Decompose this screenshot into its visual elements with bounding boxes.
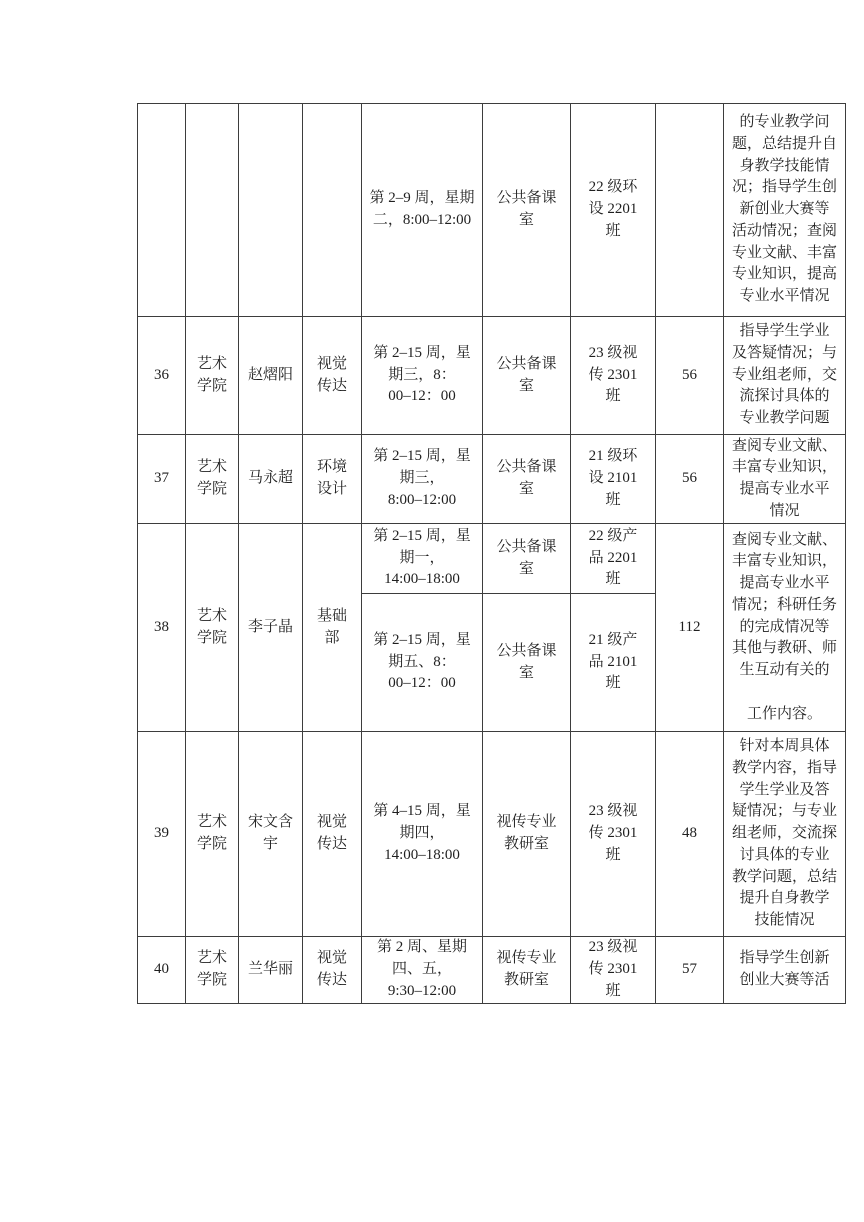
cell-notes: 指导学生创新 创业大赛等活 [724, 937, 846, 1004]
cell-class: 22 级环 设 2201 班 [571, 104, 656, 317]
cell-time: 第 2 周、星期 四、五， 9:30–12:00 [362, 937, 483, 1004]
cell-time: 第 2–15 周，星 期三， 8:00–12:00 [362, 435, 483, 524]
cell-notes: 指导学生学业 及答疑情况；与 专业组老师，交 流探讨具体的 专业教学问题 [724, 317, 846, 435]
table-row-38-sub-1: 38 艺术 学院 李子晶 基础 部 第 2–15 周，星 期一， 14:00–1… [138, 524, 846, 594]
cell-location: 公共备课 室 [483, 317, 571, 435]
table-row-continuation: 第 2–9 周，星期 二，8:00–12:00 公共备课 室 22 级环 设 2… [138, 104, 846, 317]
cell-class: 23 级视 传 2301 班 [571, 317, 656, 435]
table-row-40: 40 艺术 学院 兰华丽 视觉 传达 第 2 周、星期 四、五， 9:30–12… [138, 937, 846, 1004]
cell-time: 第 2–9 周，星期 二，8:00–12:00 [362, 104, 483, 317]
cell-college: 艺术 学院 [186, 937, 239, 1004]
cell-college: 艺术 学院 [186, 435, 239, 524]
cell-teacher-name: 李子晶 [239, 524, 303, 732]
cell-location: 公共备课 室 [483, 524, 571, 594]
cell-class: 23 级视 传 2301 班 [571, 937, 656, 1004]
cell-hours: 56 [656, 317, 724, 435]
cell-notes: 查阅专业文献、 丰富专业知识， 提高专业水平 情况 [724, 435, 846, 524]
cell-notes: 查阅专业文献、 丰富专业知识， 提高专业水平 情况；科研任务 的完成情况等 其他… [724, 524, 846, 732]
cell-time: 第 2–15 周，星 期五、8： 00–12：00 [362, 594, 483, 732]
cell-time: 第 2–15 周，星 期一， 14:00–18:00 [362, 524, 483, 594]
cell-notes: 的专业教学问 题，总结提升自 身教学技能情 况；指导学生创 新创业大赛等 活动情… [724, 104, 846, 317]
cell-location: 公共备课 室 [483, 104, 571, 317]
cell-class: 21 级产 品 2101 班 [571, 594, 656, 732]
cell-location: 视传专业 教研室 [483, 937, 571, 1004]
cell-notes: 针对本周具体 教学内容，指导 学生学业及答 疑情况；与专业 组老师，交流探 讨具… [724, 732, 846, 937]
cell-major: 视觉 传达 [303, 937, 362, 1004]
cell-class: 21 级环 设 2101 班 [571, 435, 656, 524]
cell-index: 37 [138, 435, 186, 524]
cell-college: 艺术 学院 [186, 524, 239, 732]
cell-major: 视觉 传达 [303, 732, 362, 937]
table-row-37: 37 艺术 学院 马永超 环境 设计 第 2–15 周，星 期三， 8:00–1… [138, 435, 846, 524]
cell-hours: 57 [656, 937, 724, 1004]
cell-location: 公共备课 室 [483, 594, 571, 732]
document-page: 第 2–9 周，星期 二，8:00–12:00 公共备课 室 22 级环 设 2… [0, 0, 864, 1222]
cell-index [138, 104, 186, 317]
cell-teacher-name: 兰华丽 [239, 937, 303, 1004]
cell-time: 第 4–15 周，星 期四， 14:00–18:00 [362, 732, 483, 937]
cell-teacher-name: 赵熠阳 [239, 317, 303, 435]
cell-college [186, 104, 239, 317]
cell-college: 艺术 学院 [186, 317, 239, 435]
cell-hours: 56 [656, 435, 724, 524]
cell-hours: 48 [656, 732, 724, 937]
cell-college: 艺术 学院 [186, 732, 239, 937]
cell-major [303, 104, 362, 317]
cell-location: 视传专业 教研室 [483, 732, 571, 937]
table-row-39: 39 艺术 学院 宋文含 宇 视觉 传达 第 4–15 周，星 期四， 14:0… [138, 732, 846, 937]
cell-index: 38 [138, 524, 186, 732]
cell-major: 环境 设计 [303, 435, 362, 524]
cell-teacher-name [239, 104, 303, 317]
cell-teacher-name: 马永超 [239, 435, 303, 524]
cell-hours [656, 104, 724, 317]
cell-major: 基础 部 [303, 524, 362, 732]
cell-time: 第 2–15 周，星 期三，8： 00–12：00 [362, 317, 483, 435]
cell-hours: 112 [656, 524, 724, 732]
cell-major: 视觉 传达 [303, 317, 362, 435]
cell-location: 公共备课 室 [483, 435, 571, 524]
cell-class: 23 级视 传 2301 班 [571, 732, 656, 937]
cell-class: 22 级产 品 2201 班 [571, 524, 656, 594]
teaching-schedule-table: 第 2–9 周，星期 二，8:00–12:00 公共备课 室 22 级环 设 2… [137, 103, 846, 1004]
table-row-36: 36 艺术 学院 赵熠阳 视觉 传达 第 2–15 周，星 期三，8： 00–1… [138, 317, 846, 435]
cell-teacher-name: 宋文含 宇 [239, 732, 303, 937]
cell-index: 40 [138, 937, 186, 1004]
cell-index: 36 [138, 317, 186, 435]
cell-index: 39 [138, 732, 186, 937]
